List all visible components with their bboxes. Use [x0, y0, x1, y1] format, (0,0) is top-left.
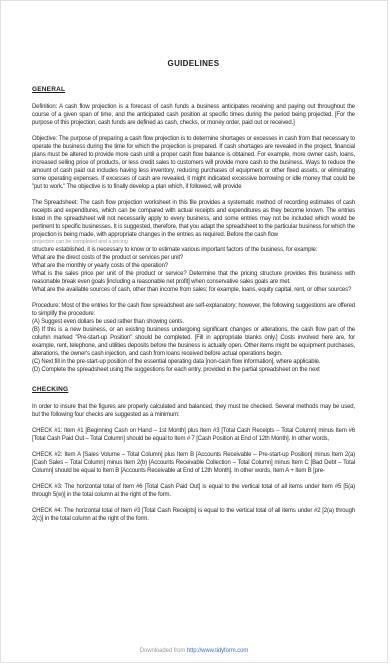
- page-title: GUIDELINES: [32, 59, 355, 68]
- paragraph-spreadsheet-faint-line: projection can be completed and a pricin…: [32, 239, 355, 246]
- question-monthly-costs: What are the monthly or yearly costs of …: [32, 262, 355, 270]
- paragraph-check-4: CHECK #4: The horizontal total of Item #…: [32, 507, 355, 523]
- question-direct-costs: What are the direct costs of the product…: [32, 254, 355, 262]
- question-sales-price: What is the sales price per unit of the …: [32, 270, 355, 286]
- procedure-item-b: (B) If this is a new business, or an exi…: [32, 326, 355, 358]
- section-heading-general: GENERAL: [32, 86, 355, 93]
- procedure-item-d: (D) Complete the spreadsheet using the s…: [32, 366, 355, 374]
- footer: Downloaded from http://www.tidyform.com: [1, 648, 387, 654]
- document-content: GUIDELINES GENERAL Definition: A cash fl…: [1, 1, 387, 523]
- paragraph-spreadsheet-continued: structure established, it is necessary t…: [32, 246, 355, 254]
- paragraph-check-1: CHECK #1: Item #1 [Beginning Cash on Han…: [32, 427, 355, 443]
- paragraph-check-3: CHECK #3: The horizontal total of Item #…: [32, 483, 355, 499]
- document-page: GUIDELINES GENERAL Definition: A cash fl…: [0, 0, 388, 663]
- footer-source-link[interactable]: http://www.tidyform.com: [187, 648, 248, 654]
- footer-prefix-text: Downloaded from: [140, 648, 187, 654]
- question-cash-sources: What are the available sources of cash, …: [32, 286, 355, 294]
- paragraph-check-2: CHECK #2: Item A [Sales Volume – Total C…: [32, 451, 355, 475]
- paragraph-checking-intro: In order to insure that the figures are …: [32, 403, 355, 419]
- paragraph-definition: Definition: A cash flow projection is a …: [32, 103, 355, 127]
- procedure-item-a: (A) Suggest even dollars be used rather …: [32, 318, 355, 326]
- paragraph-spreadsheet: The Spreadsheet: The cash flow projectio…: [32, 199, 355, 239]
- paragraph-objective: Objective: The purpose of preparing a ca…: [32, 135, 355, 191]
- paragraph-procedure-intro: Procedure: Most of the entries for the c…: [32, 302, 355, 318]
- procedure-item-c: (C) Next fill in the pre-start-up positi…: [32, 358, 355, 366]
- section-heading-checking: CHECKING: [32, 386, 355, 393]
